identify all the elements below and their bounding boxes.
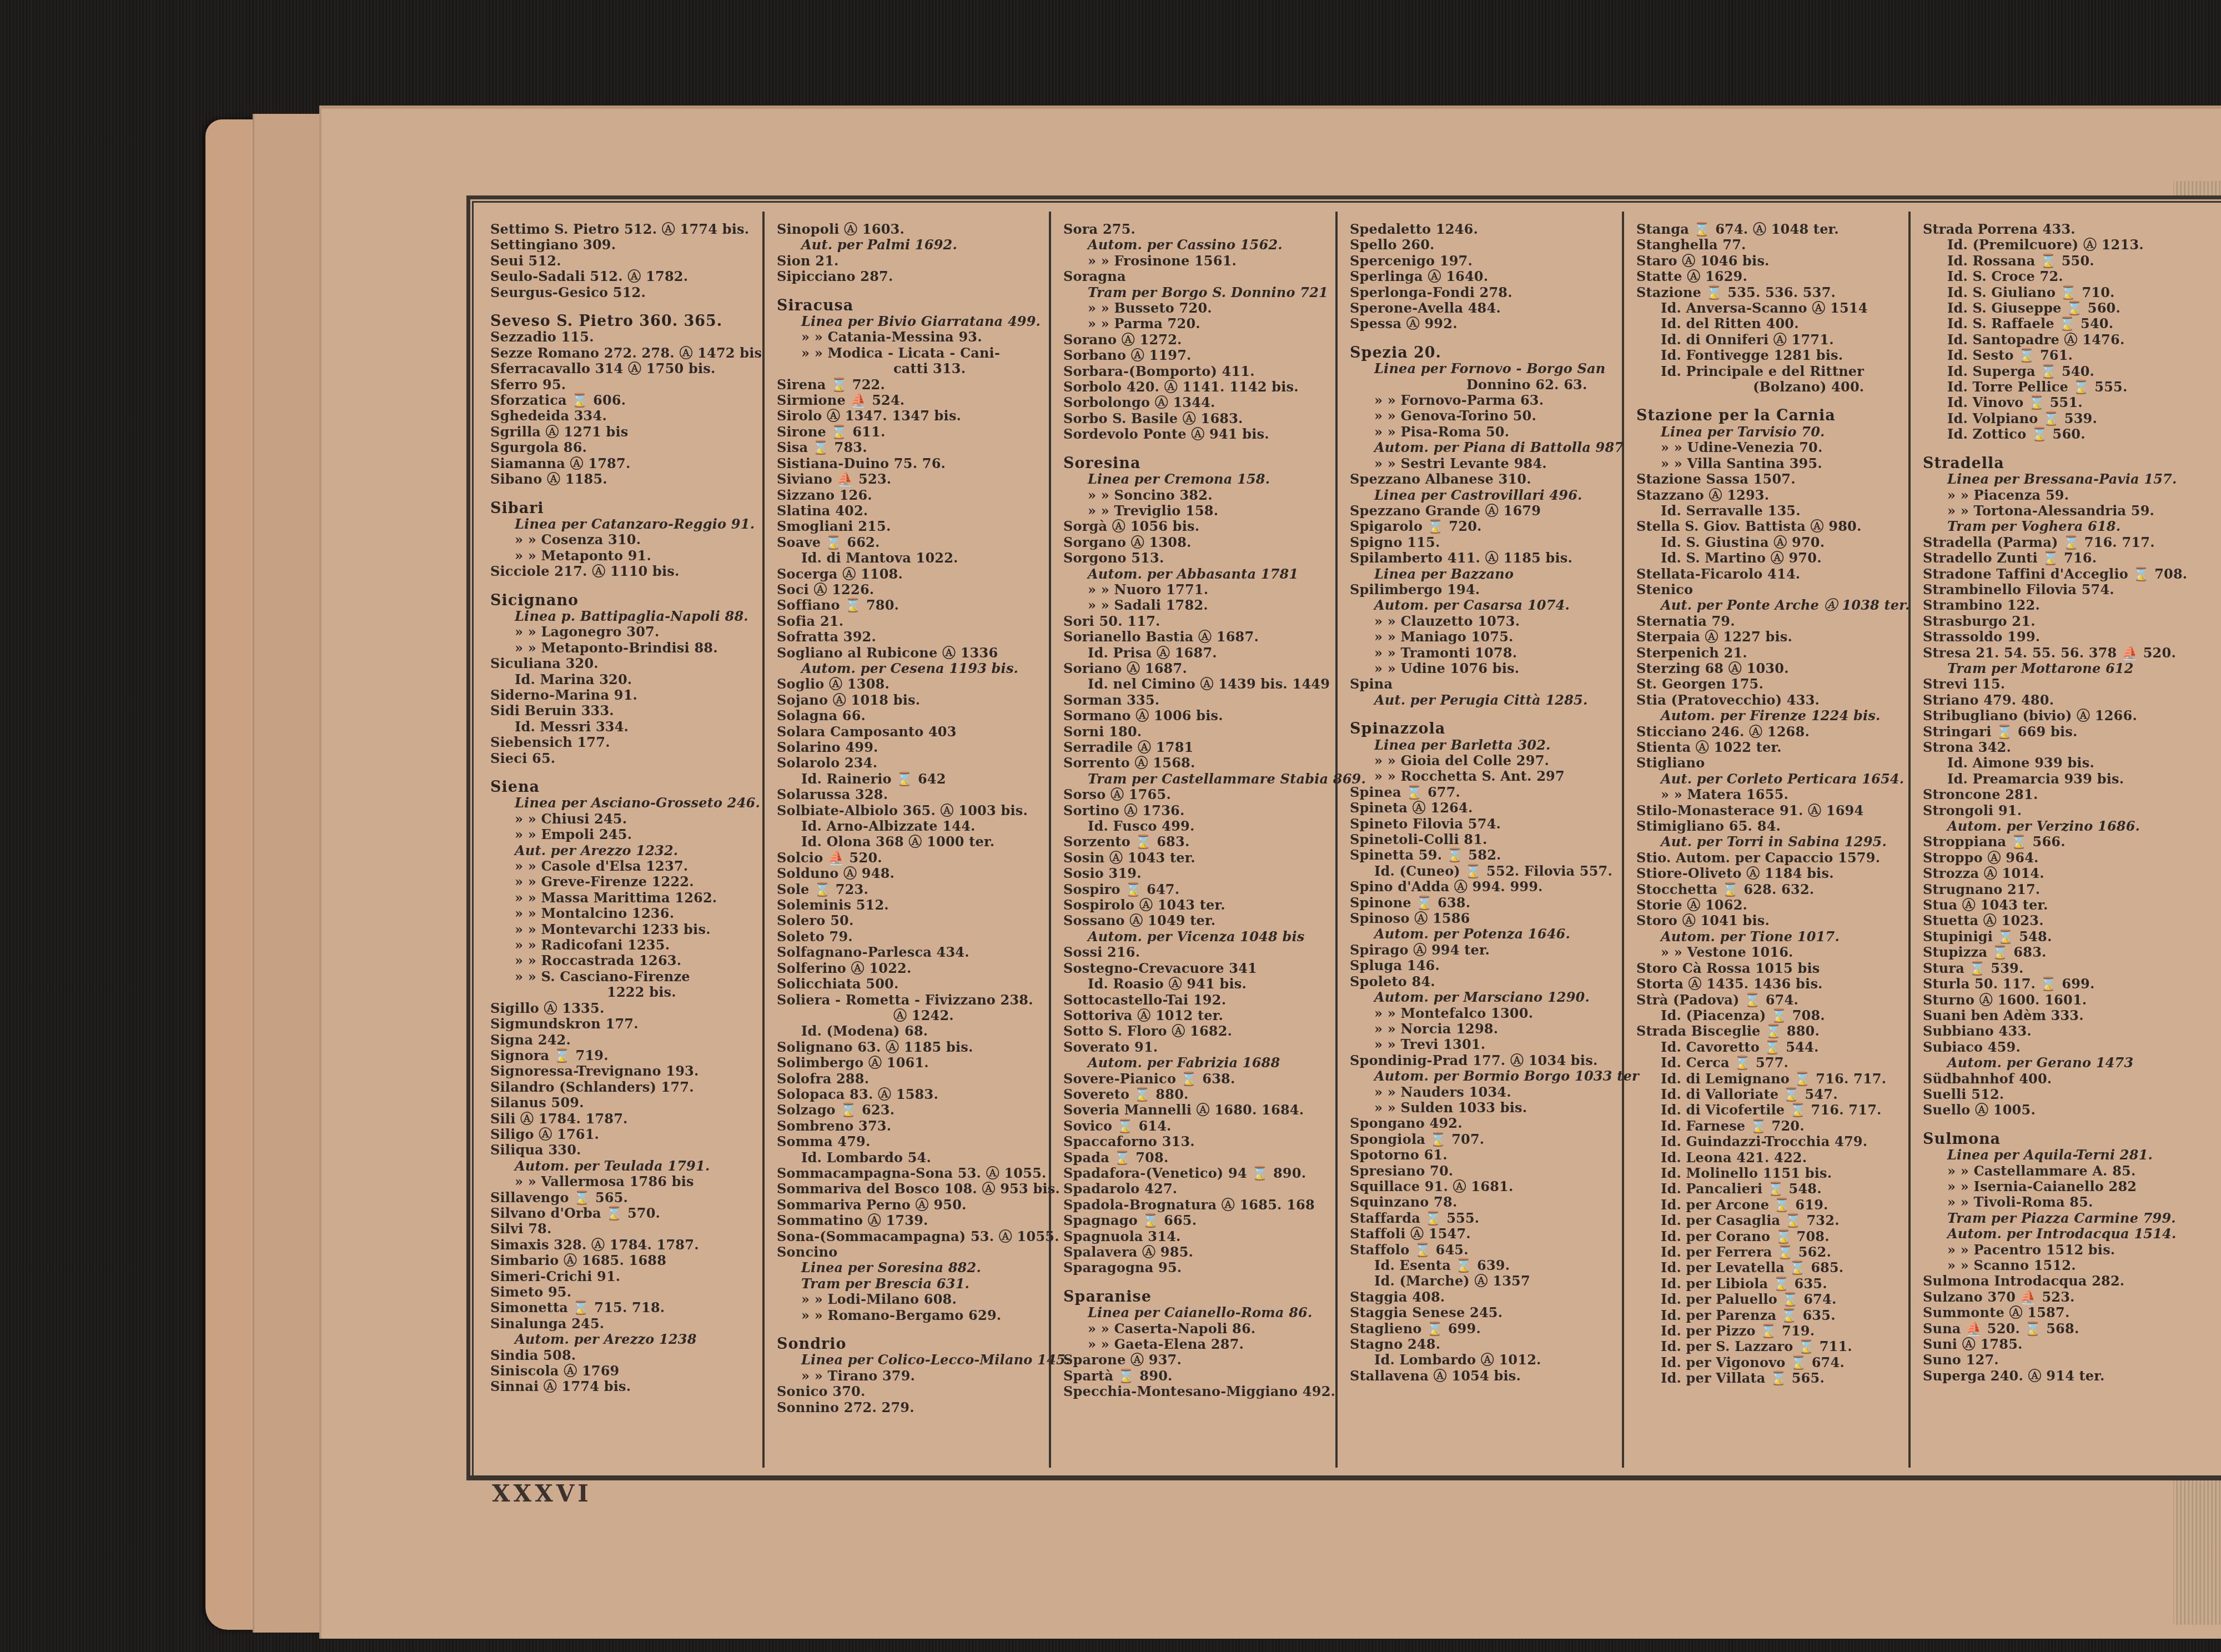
index-entry: Soave ⌛ 662. bbox=[777, 535, 1044, 550]
index-entry: Subiaco 459. bbox=[1923, 1040, 2206, 1055]
index-entry: Storo Cà Rossa 1015 bis bbox=[1636, 961, 1904, 976]
index-entry: Sulzano 370 ⛵ 523. bbox=[1923, 1289, 2206, 1305]
index-entry: Siderno-Marina 91. bbox=[490, 687, 758, 703]
index-entry: Id. di Valloriate ⌛ 547. bbox=[1636, 1087, 1904, 1102]
index-entry: Solarolo 234. bbox=[777, 755, 1044, 771]
index-entry: Sombreno 373. bbox=[777, 1118, 1044, 1134]
index-entry: Staggia Senese 245. bbox=[1350, 1305, 1617, 1320]
index-entry: » » Frosinone 1561. bbox=[1063, 253, 1331, 269]
index-entry: Id. Vinovo ⌛ 551. bbox=[1923, 395, 2206, 410]
index-column-4: Spedaletto 1246.Spello 260.Spercenigo 19… bbox=[1338, 212, 1624, 1468]
index-entry: Sottocastello-Tai 192. bbox=[1063, 992, 1331, 1008]
index-entry: Sperlonga-Fondi 278. bbox=[1350, 285, 1617, 300]
index-entry: Id. (Premilcuore) Ⓐ 1213. bbox=[1923, 237, 2206, 253]
index-entry: Settimo S. Pietro 512. Ⓐ 1774 bis. bbox=[490, 222, 758, 237]
index-entry: Soleto 79. bbox=[777, 929, 1044, 945]
index-entry: Staffoli Ⓐ 1547. bbox=[1350, 1226, 1617, 1242]
index-entry: Autom. per Tione 1017. bbox=[1636, 929, 1904, 945]
index-entry: » » Romano-Bergamo 629. bbox=[777, 1308, 1044, 1323]
index-entry: » » Montefalco 1300. bbox=[1350, 1006, 1617, 1021]
index-entry: Spina bbox=[1350, 676, 1617, 692]
index-entry: Tram per Voghera 618. bbox=[1923, 519, 2206, 534]
index-entry: Statte Ⓐ 1629. bbox=[1636, 269, 1904, 284]
index-entry: Spezzano Albanese 310. bbox=[1350, 471, 1617, 487]
index-entry: » » Sadali 1782. bbox=[1063, 597, 1331, 613]
index-entry: Linea per Asciano-Grosseto 246. bbox=[490, 795, 758, 811]
index-entry: Subbiano 433. bbox=[1923, 1023, 2206, 1039]
index-entry: » » Sestri Levante 984. bbox=[1350, 456, 1617, 471]
index-entry: Solara Camposanto 403 bbox=[777, 724, 1044, 740]
index-entry: Linea per Barletta 302. bbox=[1350, 737, 1617, 753]
index-entry: Linea per Cremona 158. bbox=[1063, 471, 1331, 487]
index-entry: Spluga 146. bbox=[1350, 958, 1617, 973]
index-entry: Id. Fusco 499. bbox=[1063, 819, 1331, 834]
index-entry: Autom. per Introdacqua 1514. bbox=[1923, 1226, 2206, 1242]
index-entry: Sion 21. bbox=[777, 253, 1044, 269]
index-entry: Seurgus-Gesico 512. bbox=[490, 285, 758, 300]
index-entry: Sonico 370. bbox=[777, 1384, 1044, 1399]
index-entry: Id. Aimone 939 bis. bbox=[1923, 755, 2206, 771]
index-entry: Stringari ⌛ 669 bis. bbox=[1923, 724, 2206, 740]
index-entry: Id. per Villata ⌛ 565. bbox=[1636, 1370, 1904, 1386]
index-entry: Solofra 288. bbox=[777, 1071, 1044, 1087]
index-entry: Siligo Ⓐ 1761. bbox=[490, 1127, 758, 1142]
index-entry: Specchia-Montesano-Miggiano 492. bbox=[1063, 1384, 1331, 1399]
entry-spacer bbox=[1350, 708, 1617, 717]
index-entry: Linea per Bazzano bbox=[1350, 566, 1617, 582]
index-entry: Sovico ⌛ 614. bbox=[1063, 1118, 1331, 1134]
index-entry: Storie Ⓐ 1062. bbox=[1636, 897, 1904, 913]
index-entry: Id. Guindazzi-Trocchia 479. bbox=[1636, 1134, 1904, 1149]
index-entry: Storta Ⓐ 1435. 1436 bis. bbox=[1636, 976, 1904, 992]
index-entry: Aut. per Arezzo 1232. bbox=[490, 843, 758, 858]
index-entry: Id. Sesto ⌛ 761. bbox=[1923, 348, 2206, 363]
index-entry: Sparagogna 95. bbox=[1063, 1260, 1331, 1276]
index-entry: Suello Ⓐ 1005. bbox=[1923, 1102, 2206, 1118]
index-entry: Stagno 248. bbox=[1350, 1337, 1617, 1352]
index-entry: Id. Fontivegge 1281 bis. bbox=[1636, 348, 1904, 363]
index-entry: Sghedeida 334. bbox=[490, 408, 758, 424]
index-entry: Autom. per Piana di Battolla 987 bbox=[1350, 440, 1617, 455]
index-entry: Stresa 21. 54. 55. 56. 378 ⛵ 520. bbox=[1923, 645, 2206, 661]
index-entry: » » Busseto 720. bbox=[1063, 300, 1331, 316]
index-entry: Solagna 66. bbox=[777, 708, 1044, 724]
index-entry: Strongoli 91. bbox=[1923, 803, 2206, 819]
index-entry: Spino d'Adda Ⓐ 994. 999. bbox=[1350, 879, 1617, 895]
index-entry: Sgurgola 86. bbox=[490, 440, 758, 455]
index-entry: Sorbolongo Ⓐ 1344. bbox=[1063, 395, 1331, 410]
index-entry: » » Gioia del Colle 297. bbox=[1350, 753, 1617, 769]
index-entry: » » Catania-Messina 93. bbox=[777, 329, 1044, 345]
index-entry: Aut. per Perugia Città 1285. bbox=[1350, 692, 1617, 708]
index-entry: Autom. per Fabrizia 1688 bbox=[1063, 1055, 1331, 1071]
index-entry: Stiore-Oliveto Ⓐ 1184 bis. bbox=[1636, 866, 1904, 881]
index-entry: Stazione Sassa 1507. bbox=[1636, 471, 1904, 487]
index-entry: Soleminis 512. bbox=[777, 897, 1044, 913]
index-entry: Id. per Ferrera ⌛ 562. bbox=[1636, 1244, 1904, 1260]
index-entry: Simeto 95. bbox=[490, 1284, 758, 1300]
index-entry: Squillace 91. Ⓐ 1681. bbox=[1350, 1179, 1617, 1194]
index-entry: Sogliano al Rubicone Ⓐ 1336 bbox=[777, 645, 1044, 661]
index-entry: Sidi Beruin 333. bbox=[490, 703, 758, 719]
index-entry: Id. Farnese ⌛ 720. bbox=[1636, 1118, 1904, 1134]
index-entry: Spoleto 84. bbox=[1350, 974, 1617, 990]
index-entry: » » Massa Marittima 1262. bbox=[490, 890, 758, 906]
index-entry: Sotto S. Floro Ⓐ 1682. bbox=[1063, 1023, 1331, 1039]
index-entry: Soriano Ⓐ 1687. bbox=[1063, 661, 1331, 676]
index-entry: Storo Ⓐ 1041 bis. bbox=[1636, 913, 1904, 928]
index-entry: Id. (Marche) Ⓐ 1357 bbox=[1350, 1273, 1617, 1289]
index-entry: Sossano Ⓐ 1049 ter. bbox=[1063, 913, 1331, 928]
index-entry: Spilamberto 411. Ⓐ 1185 bis. bbox=[1350, 550, 1617, 566]
index-entry: Linea per Fornovo - Borgo San bbox=[1350, 361, 1617, 376]
index-entry: Striano 479. 480. bbox=[1923, 692, 2206, 708]
index-entry: Sibano Ⓐ 1185. bbox=[490, 471, 758, 487]
index-entry: Id. per Levatella ⌛ 685. bbox=[1636, 1260, 1904, 1276]
index-column-2: Sinopoli Ⓐ 1603.Aut. per Palmi 1692.Sion… bbox=[765, 212, 1051, 1468]
index-entry: Signora ⌛ 719. bbox=[490, 1048, 758, 1063]
index-entry: Spagnago ⌛ 665. bbox=[1063, 1213, 1331, 1228]
index-entry: Strada Porrena 433. bbox=[1923, 222, 2206, 237]
index-entry: Suni Ⓐ 1785. bbox=[1923, 1337, 2206, 1352]
index-entry: Spezzano Grande Ⓐ 1679 bbox=[1350, 503, 1617, 519]
index-entry: Silvano d'Orba ⌛ 570. bbox=[490, 1206, 758, 1221]
index-entry: Id. per Libiola ⌛ 635. bbox=[1636, 1276, 1904, 1292]
entry-spacer bbox=[490, 766, 758, 775]
station-heading: Soresina bbox=[1063, 456, 1331, 471]
index-entry: Id. S. Giuseppe ⌛ 560. bbox=[1923, 300, 2206, 316]
index-entry: Tram per Piazza Carmine 799. bbox=[1923, 1211, 2206, 1226]
index-entry: Sorrento Ⓐ 1568. bbox=[1063, 755, 1331, 771]
index-entry: Sinalunga 245. bbox=[490, 1316, 758, 1332]
index-entry: Solignano 63. Ⓐ 1185 bis. bbox=[777, 1040, 1044, 1055]
index-entry: Linea per Colico-Lecco-Milano 145. bbox=[777, 1352, 1044, 1368]
index-entry: Sieci 65. bbox=[490, 751, 758, 766]
index-entry: Id. Lombardo Ⓐ 1012. bbox=[1350, 1352, 1617, 1368]
index-entry: Socerga Ⓐ 1108. bbox=[777, 566, 1044, 582]
index-entry: Seulo-Sadali 512. Ⓐ 1782. bbox=[490, 269, 758, 284]
index-entry: Siliqua 330. bbox=[490, 1142, 758, 1158]
index-entry: Sferro 95. bbox=[490, 377, 758, 393]
index-entry: Stradone Taffini d'Acceglio ⌛ 708. bbox=[1923, 566, 2206, 582]
index-entry: Spaccaforno 313. bbox=[1063, 1134, 1331, 1149]
index-entry: Aut. per Corleto Perticara 1654. bbox=[1636, 771, 1904, 787]
index-entry: Id. Superga ⌛ 540. bbox=[1923, 364, 2206, 379]
index-entry: Sorbano Ⓐ 1197. bbox=[1063, 348, 1331, 363]
index-entry: Linea per Caianello-Roma 86. bbox=[1063, 1305, 1331, 1320]
index-entry: Slatina 402. bbox=[777, 503, 1044, 519]
index-entry: Id. Volpiano ⌛ 539. bbox=[1923, 411, 2206, 426]
index-entry: Strambino 122. bbox=[1923, 597, 2206, 613]
index-entry: Sferracavallo 314 Ⓐ 1750 bis. bbox=[490, 361, 758, 376]
index-entry: » » Vestone 1016. bbox=[1636, 945, 1904, 960]
index-entry: Settingiano 309. bbox=[490, 237, 758, 253]
index-entry: Stroppo Ⓐ 964. bbox=[1923, 850, 2206, 866]
index-entry: Sorgono 513. bbox=[1063, 550, 1331, 566]
index-entry: Sili Ⓐ 1784. 1787. bbox=[490, 1111, 758, 1127]
index-entry: Autom. per Verzino 1686. bbox=[1923, 819, 2206, 834]
index-entry: Id. Prisa Ⓐ 1687. bbox=[1063, 645, 1331, 661]
index-entry: Soverato 91. bbox=[1063, 1040, 1331, 1055]
index-entry: Aut. per Torri in Sabina 1295. bbox=[1636, 834, 1904, 850]
index-entry: Solbiate-Albiolo 365. Ⓐ 1003 bis. bbox=[777, 803, 1044, 819]
index-entry: Id. (Cuneo) ⌛ 552. Filovia 557. bbox=[1350, 863, 1617, 879]
index-entry: » » Lagonegro 307. bbox=[490, 624, 758, 640]
index-entry: Siamanna Ⓐ 1787. bbox=[490, 456, 758, 471]
index-entry: Soci Ⓐ 1226. bbox=[777, 582, 1044, 597]
index-entry: catti 313. bbox=[777, 361, 1044, 376]
index-entry: » » Cosenza 310. bbox=[490, 532, 758, 548]
index-entry: » » Udine 1076 bis. bbox=[1350, 661, 1617, 676]
index-entry: » » Treviglio 158. bbox=[1063, 503, 1331, 519]
index-entry: Spalavera Ⓐ 985. bbox=[1063, 1244, 1331, 1260]
index-entry: Sinnai Ⓐ 1774 bis. bbox=[490, 1379, 758, 1394]
index-entry: Id. di Lemignano ⌛ 716. 717. bbox=[1636, 1071, 1904, 1087]
index-columns: Settimo S. Pietro 512. Ⓐ 1774 bis.Settin… bbox=[478, 212, 2221, 1468]
index-entry: Tram per Borgo S. Donnino 721 bbox=[1063, 285, 1331, 300]
index-entry: Donnino 62. 63. bbox=[1350, 377, 1617, 393]
index-entry: Solarino 499. bbox=[777, 740, 1044, 755]
index-entry: Id. Esenta ⌛ 639. bbox=[1350, 1258, 1617, 1273]
index-entry: Tram per Mottarone 612 bbox=[1923, 661, 2206, 676]
index-entry: Tram per Brescia 631. bbox=[777, 1276, 1044, 1292]
index-entry: Sona-(Sommacampagna) 53. Ⓐ 1055. bbox=[777, 1229, 1044, 1244]
index-entry: Stupinigi ⌛ 548. bbox=[1923, 929, 2206, 945]
index-entry: Sorman 335. bbox=[1063, 692, 1331, 708]
entry-spacer bbox=[777, 1323, 1044, 1332]
index-entry: Sezze Romano 272. 278. Ⓐ 1472 bis bbox=[490, 345, 758, 361]
index-entry: Id. (Modena) 68. bbox=[777, 1023, 1044, 1039]
index-entry: Silandro (Schlanders) 177. bbox=[490, 1079, 758, 1095]
index-entry: Sovereto ⌛ 880. bbox=[1063, 1087, 1331, 1102]
index-entry: Spadarolo 427. bbox=[1063, 1181, 1331, 1197]
entry-spacer bbox=[1350, 332, 1617, 341]
station-heading: Siena bbox=[490, 780, 758, 795]
index-entry: Sorbolo 420. Ⓐ 1141. 1142 bis. bbox=[1063, 379, 1331, 395]
station-heading: Sondrio bbox=[777, 1337, 1044, 1352]
index-entry: » » Roccastrada 1263. bbox=[490, 953, 758, 968]
index-entry: Id. per Parenza ⌛ 635. bbox=[1636, 1308, 1904, 1323]
index-entry: Sisa ⌛ 783. bbox=[777, 440, 1044, 455]
index-entry: Strada Bisceglie ⌛ 880. bbox=[1636, 1023, 1904, 1039]
station-heading: Sparanise bbox=[1063, 1289, 1331, 1305]
index-entry: Stanghella 77. bbox=[1636, 237, 1904, 253]
index-entry: Spedaletto 1246. bbox=[1350, 222, 1617, 237]
index-entry: Sormano Ⓐ 1006 bis. bbox=[1063, 708, 1331, 724]
index-entry: » » Empoli 245. bbox=[490, 827, 758, 842]
index-entry: Stroncone 281. bbox=[1923, 787, 2206, 802]
entry-spacer bbox=[1923, 1118, 2206, 1127]
index-entry: » » Fornovo-Parma 63. bbox=[1350, 393, 1617, 408]
station-heading: Siracusa bbox=[777, 298, 1044, 314]
index-entry: Stupizza ⌛ 683. bbox=[1923, 945, 2206, 960]
index-entry: Autom. per Gerano 1473 bbox=[1923, 1055, 2206, 1071]
index-column-3: Sora 275.Autom. per Cassino 1562.» » Fro… bbox=[1051, 212, 1338, 1468]
index-entry: Solero 50. bbox=[777, 913, 1044, 928]
entry-spacer bbox=[490, 488, 758, 496]
index-entry: Solferino Ⓐ 1022. bbox=[777, 961, 1044, 976]
index-entry: 1222 bis. bbox=[490, 985, 758, 1000]
index-entry: Id. Roasio Ⓐ 941 bis. bbox=[1063, 976, 1331, 992]
index-entry: Id. Zottico ⌛ 560. bbox=[1923, 426, 2206, 442]
index-entry: Spotorno 61. bbox=[1350, 1147, 1617, 1163]
entry-spacer bbox=[777, 285, 1044, 294]
station-heading: Sulmona bbox=[1923, 1132, 2206, 1147]
index-entry: Autom. per Potenza 1646. bbox=[1350, 926, 1617, 942]
index-entry: Spinea ⌛ 677. bbox=[1350, 785, 1617, 800]
index-entry: » » Soncino 382. bbox=[1063, 488, 1331, 503]
station-heading: Stradella bbox=[1923, 456, 2206, 471]
index-entry: Stua Ⓐ 1043 ter. bbox=[1923, 897, 2206, 913]
station-heading: Seveso S. Pietro 360. 365. bbox=[490, 314, 758, 329]
index-entry: Sorgano Ⓐ 1308. bbox=[1063, 535, 1331, 550]
index-entry: Id. Anversa-Scanno Ⓐ 1514 bbox=[1636, 300, 1904, 316]
index-entry: Sinopoli Ⓐ 1603. bbox=[777, 222, 1044, 237]
index-entry: Strona 342. bbox=[1923, 740, 2206, 755]
index-entry: Sofia 21. bbox=[777, 614, 1044, 629]
index-entry: Solzago ⌛ 623. bbox=[777, 1102, 1044, 1118]
index-entry: Signoressa-Trevignano 193. bbox=[490, 1063, 758, 1079]
index-entry: » » Montalcino 1236. bbox=[490, 906, 758, 921]
index-entry: Id. Torre Pellice ⌛ 555. bbox=[1923, 379, 2206, 395]
index-entry: Autom. per Bormio Borgo 1033 ter bbox=[1350, 1068, 1617, 1084]
index-entry: Spineto Filovia 574. bbox=[1350, 816, 1617, 832]
index-entry: Sora 275. bbox=[1063, 222, 1331, 237]
index-entry: Sostegno-Crevacuore 341 bbox=[1063, 961, 1331, 976]
index-entry: Id. S. Croce 72. bbox=[1923, 269, 2206, 284]
index-entry: Sturla 50. 117. ⌛ 699. bbox=[1923, 976, 2206, 992]
index-column-6: Strada Porrena 433.Id. (Premilcuore) Ⓐ 1… bbox=[1911, 212, 2210, 1468]
index-entry: Id. Pancalieri ⌛ 548. bbox=[1636, 1181, 1904, 1197]
index-entry: » » Sulden 1033 bis. bbox=[1350, 1100, 1617, 1116]
index-entry: Sommariva Perno Ⓐ 950. bbox=[777, 1197, 1044, 1213]
index-entry: » » Metaponto 91. bbox=[490, 548, 758, 564]
index-entry: Sezzadio 115. bbox=[490, 329, 758, 345]
index-entry: Siebensich 177. bbox=[490, 735, 758, 750]
index-entry: » » Castellammare A. 85. bbox=[1923, 1163, 2206, 1179]
index-entry: Autom. per Teulada 1791. bbox=[490, 1158, 758, 1174]
index-entry: Sorbo S. Basile Ⓐ 1683. bbox=[1063, 411, 1331, 426]
index-entry: » » Trevi 1301. bbox=[1350, 1037, 1617, 1052]
index-entry: Staffolo ⌛ 645. bbox=[1350, 1242, 1617, 1258]
index-entry: Sirone ⌛ 611. bbox=[777, 424, 1044, 440]
index-entry: Sirena ⌛ 722. bbox=[777, 377, 1044, 393]
index-entry: Id. per Vigonovo ⌛ 674. bbox=[1636, 1355, 1904, 1370]
index-entry: Spirago Ⓐ 994 ter. bbox=[1350, 942, 1617, 958]
index-entry: Ⓐ 1242. bbox=[777, 1008, 1044, 1023]
index-entry: Autom. per Vicenza 1048 bis bbox=[1063, 929, 1331, 945]
index-entry: Stellata-Ficarolo 414. bbox=[1636, 566, 1904, 582]
index-entry: Sofratta 392. bbox=[777, 629, 1044, 645]
index-entry: Solimbergo Ⓐ 1061. bbox=[777, 1055, 1044, 1071]
index-entry: » » Pacentro 1512 bis. bbox=[1923, 1242, 2206, 1258]
index-entry: » » Nauders 1034. bbox=[1350, 1084, 1617, 1100]
index-entry: Stenico bbox=[1636, 582, 1904, 597]
index-entry: Stradella (Parma) ⌛ 716. 717. bbox=[1923, 535, 2206, 550]
index-entry: Solopaca 83. Ⓐ 1583. bbox=[777, 1087, 1044, 1102]
index-entry: Stigliano bbox=[1636, 755, 1904, 771]
index-entry: Id. Principale e del Rittner bbox=[1636, 364, 1904, 379]
index-entry: » » Tivoli-Roma 85. bbox=[1923, 1194, 2206, 1210]
index-entry: Spigno 115. bbox=[1350, 535, 1617, 550]
index-column-5: Stanga ⌛ 674. Ⓐ 1048 ter.Stanghella 77.S… bbox=[1624, 212, 1911, 1468]
index-entry: Spinoso Ⓐ 1586 bbox=[1350, 911, 1617, 926]
index-entry: Id. S. Giuliano ⌛ 710. bbox=[1923, 285, 2206, 300]
index-entry: Spartà ⌛ 890. bbox=[1063, 1368, 1331, 1384]
index-entry: Serradile Ⓐ 1781 bbox=[1063, 740, 1331, 755]
index-entry: Spada ⌛ 708. bbox=[1063, 1150, 1331, 1166]
index-entry: Sturno Ⓐ 1600. 1601. bbox=[1923, 992, 2206, 1008]
index-entry: Spinone ⌛ 638. bbox=[1350, 895, 1617, 911]
index-entry: Id. (Piacenza) ⌛ 708. bbox=[1636, 1008, 1904, 1023]
index-entry: Id. S. Raffaele ⌛ 540. bbox=[1923, 316, 2206, 332]
index-entry: » » Casole d'Elsa 1237. bbox=[490, 858, 758, 874]
index-entry: » » Lodi-Milano 608. bbox=[777, 1292, 1044, 1307]
index-entry: Spello 260. bbox=[1350, 237, 1617, 253]
index-entry: Stazione ⌛ 535. 536. 537. bbox=[1636, 285, 1904, 300]
index-entry: Stienta Ⓐ 1022 ter. bbox=[1636, 740, 1904, 755]
index-entry: Stia (Pratovecchio) 433. bbox=[1636, 692, 1904, 708]
index-entry: Id. Molinello 1151 bis. bbox=[1636, 1166, 1904, 1181]
index-entry: Autom. per Casarsa 1074. bbox=[1350, 597, 1617, 613]
index-entry: Sorano Ⓐ 1272. bbox=[1063, 332, 1331, 348]
index-entry: Sosin Ⓐ 1043 ter. bbox=[1063, 850, 1331, 866]
index-entry: » » Parma 720. bbox=[1063, 316, 1331, 332]
index-entry: Stio. Autom. per Capaccio 1579. bbox=[1636, 850, 1904, 866]
index-entry: Spongano 492. bbox=[1350, 1116, 1617, 1131]
index-entry: Linea per Tarvisio 70. bbox=[1636, 424, 1904, 440]
index-entry: Stuetta Ⓐ 1023. bbox=[1923, 913, 2206, 928]
index-entry: Aut. per Palmi 1692. bbox=[777, 237, 1044, 253]
index-entry: Autom. per Arezzo 1238 bbox=[490, 1332, 758, 1347]
station-heading: Stazione per la Carnia bbox=[1636, 408, 1904, 424]
index-entry: Simeri-Crichi 91. bbox=[490, 1269, 758, 1284]
index-entry: Solfagnano-Parlesca 434. bbox=[777, 945, 1044, 960]
index-entry: Soncino bbox=[777, 1244, 1044, 1260]
index-entry: Siniscola Ⓐ 1769 bbox=[490, 1363, 758, 1379]
index-entry: Sistiana-Duino 75. 76. bbox=[777, 456, 1044, 471]
index-entry: Sulmona Introdacqua 282. bbox=[1923, 1273, 2206, 1289]
page-number: XXXVI bbox=[492, 1480, 592, 1507]
index-entry: St. Georgen 175. bbox=[1636, 676, 1904, 692]
index-entry: Id. del Ritten 400. bbox=[1636, 316, 1904, 332]
index-entry: » » Nuoro 1771. bbox=[1063, 582, 1331, 597]
index-entry: » » Pisa-Roma 50. bbox=[1350, 424, 1617, 440]
index-entry: Sospiro ⌛ 647. bbox=[1063, 882, 1331, 897]
index-entry: Spadola-Brognatura Ⓐ 1685. 168 bbox=[1063, 1197, 1331, 1213]
index-entry: Sforzatica ⌛ 606. bbox=[490, 393, 758, 408]
index-entry: » » Tramonti 1078. bbox=[1350, 645, 1617, 661]
index-entry: Sole ⌛ 723. bbox=[777, 882, 1044, 897]
index-entry: Siviano ⛵ 523. bbox=[777, 471, 1044, 487]
index-entry: Id. per S. Lazzaro ⌛ 711. bbox=[1636, 1339, 1904, 1354]
index-entry: Id. di Onniferi Ⓐ 1771. bbox=[1636, 332, 1904, 348]
index-entry: Stocchetta ⌛ 628. 632. bbox=[1636, 882, 1904, 897]
index-entry: Suelli 512. bbox=[1923, 1087, 2206, 1102]
index-entry: Sommacampagna-Sona 53. Ⓐ 1055. bbox=[777, 1166, 1044, 1181]
index-entry: Sommatino Ⓐ 1739. bbox=[777, 1213, 1044, 1228]
index-entry: » » Montevarchi 1233 bis. bbox=[490, 922, 758, 937]
index-entry: Stazzano Ⓐ 1293. bbox=[1636, 488, 1904, 503]
index-entry: Spessa Ⓐ 992. bbox=[1350, 316, 1617, 332]
index-entry: Id. Santopadre Ⓐ 1476. bbox=[1923, 332, 2206, 348]
index-entry: Sosio 319. bbox=[1063, 866, 1331, 881]
index-entry: Sordevolo Ponte Ⓐ 941 bis. bbox=[1063, 426, 1331, 442]
index-entry: Sortino Ⓐ 1736. bbox=[1063, 803, 1331, 819]
index-entry: » » Tortona-Alessandria 59. bbox=[1923, 503, 2206, 519]
index-entry: Sospirolo Ⓐ 1043 ter. bbox=[1063, 897, 1331, 913]
index-entry: Silvi 78. bbox=[490, 1221, 758, 1237]
